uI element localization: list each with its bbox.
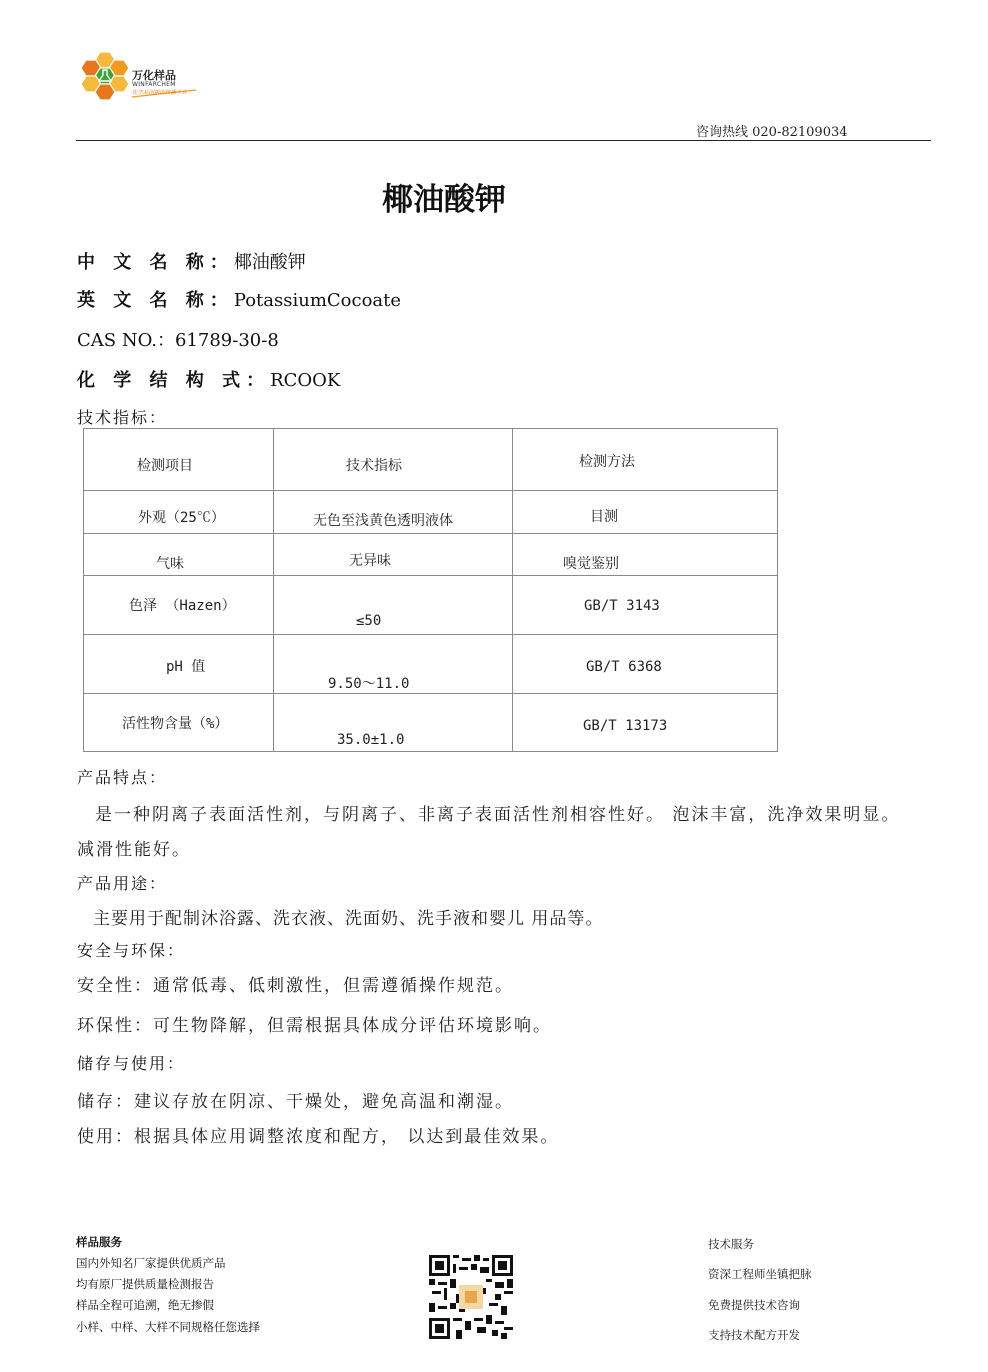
environment-text: 环保性：可生物降解，但需根据具体成分评估环境影响。	[77, 1011, 552, 1036]
safety-text: 安全性：通常低毒、低刺激性，但需遵循操作规范。	[77, 971, 514, 996]
logo-name-en: WINFARCHEM	[132, 81, 176, 88]
table-cell: 目测	[590, 506, 618, 526]
spec-heading: 技术指标：	[77, 405, 167, 428]
features-heading: 产品特点：	[77, 765, 167, 788]
footer-tech-item: 支持技术配方开发	[708, 1327, 800, 1343]
table-cell: GB/T 6368	[586, 659, 662, 675]
page-title: 椰油酸钾	[0, 174, 988, 219]
footer-sample-item: 小样、中样、大样不同规格任您选择	[76, 1319, 260, 1335]
field-english-name: 英 文 名 称：PotassiumCocoate	[77, 286, 401, 312]
footer-tech-service-title: 技术服务	[708, 1236, 754, 1252]
header-divider	[76, 140, 931, 141]
field-value: RCOOK	[270, 370, 340, 391]
field-value: 椰油酸钾	[234, 252, 306, 273]
field-value: 61789-30-8	[175, 330, 279, 351]
table-row: 活性物含量（%） 35.0±1.0 GB/T 13173	[84, 694, 778, 752]
table-cell: GB/T 13173	[583, 718, 667, 734]
table-header-cell: 检测方法	[579, 451, 635, 471]
table-row: 气味 无异味 嗅觉鉴别	[84, 534, 778, 576]
table-cell: 无异味	[349, 550, 391, 570]
safety-heading: 安全与环保：	[77, 938, 185, 961]
table-cell: 9.50～11.0	[328, 673, 409, 693]
footer-sample-item: 样品全程可追溯，绝无掺假	[76, 1297, 214, 1313]
qr-code-icon	[429, 1255, 513, 1339]
table-cell: 外观（25℃）	[138, 507, 225, 527]
page-title-text: 椰油酸钾	[382, 182, 506, 218]
table-header-cell: 检测项目	[137, 455, 193, 475]
uses-heading: 产品用途：	[77, 871, 167, 894]
logo-slogan: 化学品创新的传播平台	[132, 88, 187, 96]
table-header-cell: 技术指标	[346, 455, 402, 475]
table-row: 外观（25℃） 无色至浅黄色透明液体 目测	[84, 491, 778, 534]
usage-text: 使用：根据具体应用调整浓度和配方， 以达到最佳效果。	[77, 1122, 559, 1147]
field-label: 化 学 结 构 式：	[77, 370, 270, 391]
hotline: 咨询热线 020-82109034	[696, 121, 848, 140]
field-cas-no: CAS NO.：61789-30-8	[77, 326, 279, 352]
uses-text: 主要用于配制沐浴露、洗衣液、洗面奶、洗手液和婴儿 用品等。	[93, 904, 603, 929]
footer-sample-item: 国内外知名厂家提供优质产品	[76, 1255, 226, 1271]
table-cell: 嗅觉鉴别	[563, 553, 619, 573]
spec-table: 检测项目 技术指标 检测方法 外观（25℃） 无色至浅黄色透明液体 目测 气味 …	[83, 428, 778, 752]
table-cell: 活性物含量（%）	[122, 713, 228, 733]
field-label: CAS NO.：	[77, 330, 175, 351]
field-label: 中 文 名 称：	[77, 252, 234, 273]
table-cell: 35.0±1.0	[337, 732, 404, 748]
table-cell: 无色至浅黄色透明液体	[313, 510, 453, 530]
table-cell: 气味	[156, 553, 184, 573]
storage-heading: 储存与使用：	[77, 1051, 185, 1074]
table-cell: ≤50	[356, 613, 381, 629]
footer-sample-item: 均有原厂提供质量检测报告	[76, 1276, 214, 1292]
field-chinese-name: 中 文 名 称：椰油酸钾	[77, 248, 306, 274]
table-cell: 色泽 （Hazen）	[129, 595, 236, 615]
table-cell: pH 值	[166, 656, 205, 676]
field-label: 英 文 名 称：	[77, 290, 234, 311]
table-cell: GB/T 3143	[584, 598, 660, 614]
table-row: 色泽 （Hazen） ≤50 GB/T 3143	[84, 576, 778, 635]
features-text-line2: 减滑性能好。	[77, 835, 191, 860]
field-formula: 化 学 结 构 式：RCOOK	[77, 366, 340, 392]
footer-tech-item: 资深工程师坐镇把脉	[708, 1266, 812, 1282]
field-value: PotassiumCocoate	[234, 290, 401, 311]
footer-sample-service-title: 样品服务	[76, 1234, 122, 1250]
table-row: pH 值 9.50～11.0 GB/T 6368	[84, 635, 778, 694]
storage-text: 储存：建议存放在阴凉、干燥处，避免高温和潮湿。	[77, 1087, 514, 1112]
table-header-row: 检测项目 技术指标 检测方法	[84, 429, 778, 491]
features-text-line1: 是一种阴离子表面活性剂，与阴离子、非离子表面活性剂相容性好。 泡沫丰富，洗净效果…	[95, 800, 900, 825]
footer-tech-item: 免费提供技术咨询	[708, 1297, 800, 1313]
